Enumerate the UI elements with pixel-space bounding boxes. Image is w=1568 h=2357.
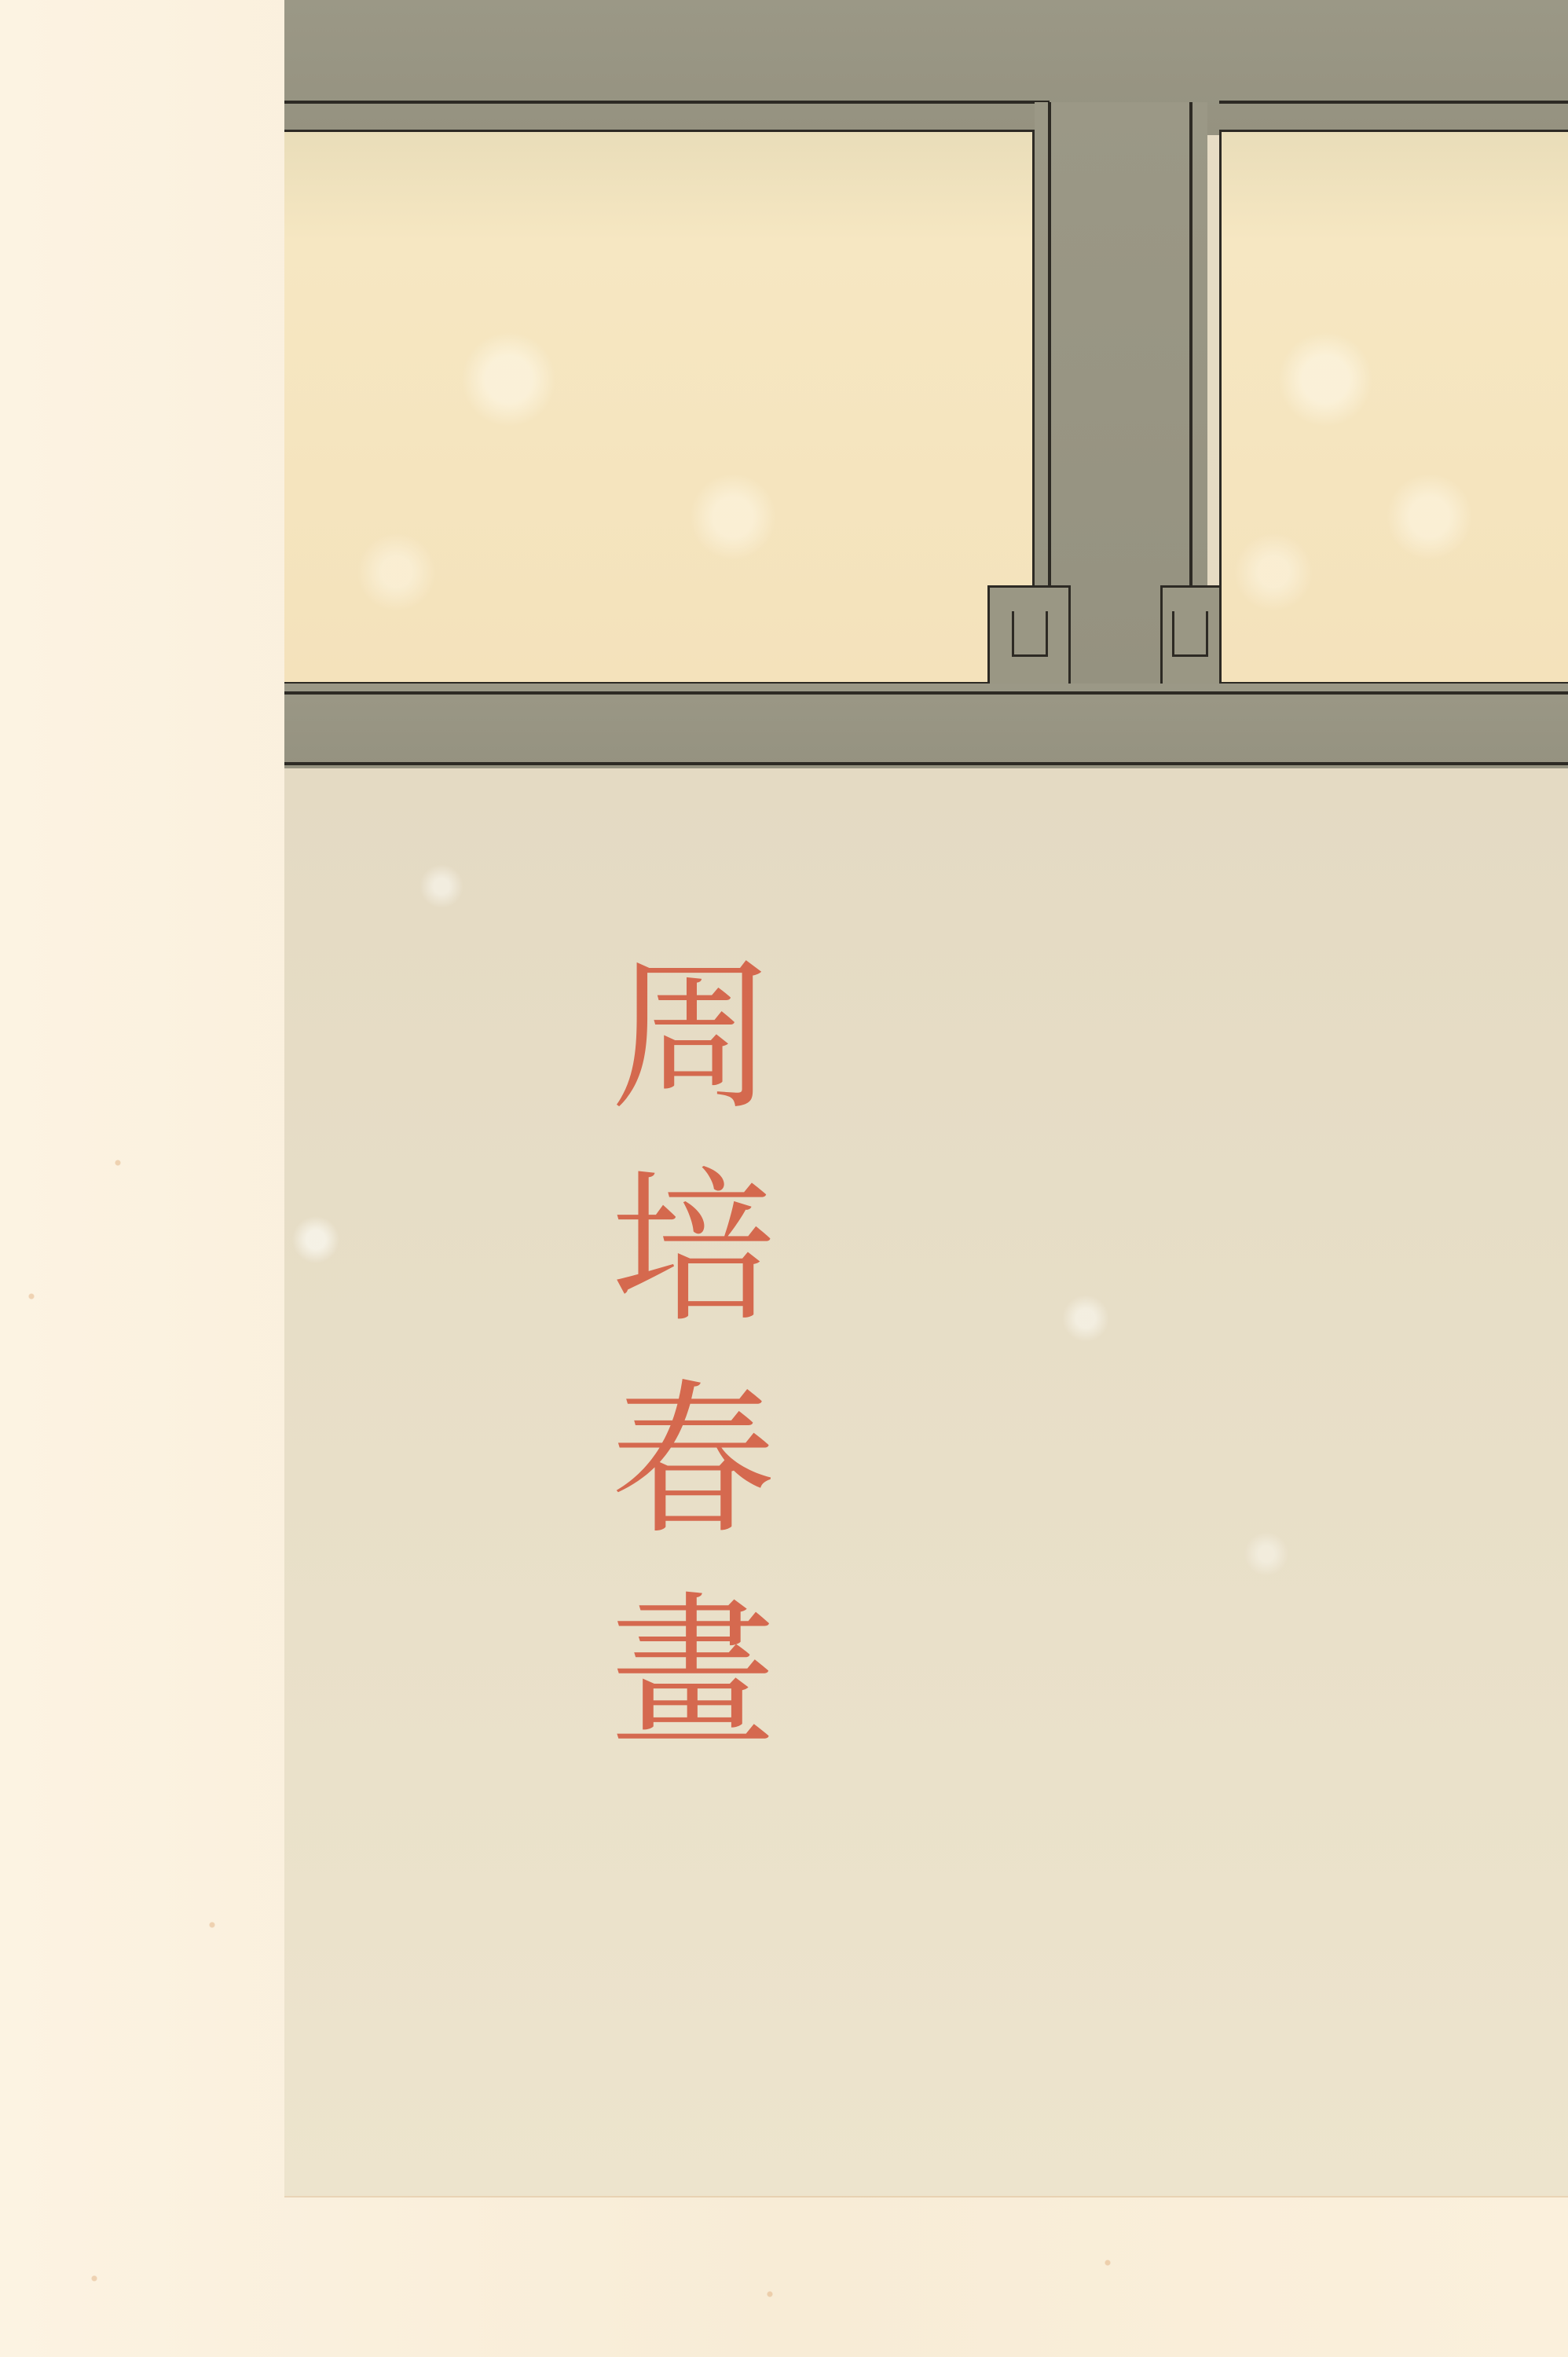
bottom-rail <box>284 684 1568 768</box>
inscription-char-1: 周 <box>610 931 775 1143</box>
post-foot-left <box>987 585 1071 688</box>
post-line-1 <box>1048 102 1051 589</box>
inscription-char-2: 培 <box>610 1143 775 1355</box>
window-pane-left <box>284 130 1035 684</box>
top-rail-line-right <box>1219 101 1568 104</box>
lower-wall <box>284 768 1568 2196</box>
inscription-char-4: 畫 <box>610 1567 775 1780</box>
inscription-char-3: 春 <box>610 1355 775 1567</box>
top-frame-band <box>284 0 1568 135</box>
bottom-rail-line-bottom <box>284 762 1568 765</box>
artist-inscription: 周 培 春 畫 <box>595 931 791 1780</box>
foot-notch-left <box>1012 611 1048 657</box>
window-pane-right <box>1219 130 1568 684</box>
post-line-2 <box>1189 102 1192 589</box>
bottom-rail-line-top <box>284 691 1568 695</box>
top-rail-line-upper <box>284 101 1050 104</box>
foot-notch-right <box>1172 611 1208 657</box>
painting: 周 培 春 畫 <box>284 0 1568 2196</box>
